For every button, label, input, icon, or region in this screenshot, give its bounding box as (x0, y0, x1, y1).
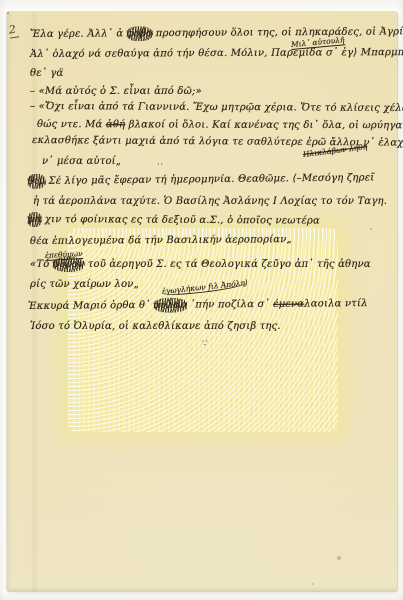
manuscript-line: Ἀλ᾽ ὁλαχό νά σεθαύγα ἀπό τήν θέσα. Μόλιν… (30, 47, 403, 60)
line-text: βλακοί οἱ ὅλοι. Καί κανένας της δι᾽ ὅλα,… (125, 119, 403, 131)
small-dots-mark: ·· (157, 160, 164, 169)
section-divider-dots: ∵ (202, 339, 209, 349)
manuscript-line: «Τό πύρον τοῦ ἀερηγοῦ Σ. ες τά Θεολογικά… (30, 259, 371, 270)
handwriting-layer: 2 Ἔλα γέρε. Ἀλλ᾽ ἀ φοβο προσηφήσουν ὅλοι… (0, 0, 403, 600)
line-text: «Τό (30, 259, 53, 270)
manuscript-line: θε᾽ γα̈ (30, 68, 64, 79)
manuscript-line: Ἔλα γέρε. Ἀλλ᾽ ἀ φοβο προσηφήσουν ὅλοι τ… (30, 26, 403, 40)
line-text: ν᾽ μέσα αὐτοί„ (42, 156, 121, 167)
interline-insertion: ἐγωγλήκων fιλ Ἀπόλη⟩ (162, 278, 249, 296)
line-text: λαοιλα ντίλ (304, 298, 367, 310)
manuscript-line: ν᾽ μέσα αὐτοί„ (42, 156, 121, 167)
line-text: Ἀλ᾽ ὁλαχό νά σεθαύγα ἀπό τήν θέσα. Μόλιν… (30, 47, 403, 60)
line-text: ᾽πήν ποζίλα σ᾽ (187, 299, 274, 311)
line-text: θέα ἐπιλογευμένα δά τήν Βασιλικήν ἀεροπο… (30, 234, 292, 247)
manuscript-line: θέα ἐπιλογευμένα δά τήν Βασιλικήν ἀεροπο… (30, 234, 292, 247)
struck-word: έμενα (273, 299, 304, 310)
manuscript-line: μπ χιν τό φοίνικας ες τά δεξιοῦ α.Σ., ὁ … (28, 214, 320, 227)
line-text: θώς ντε. Μά (37, 119, 106, 130)
line-text: θε᾽ γα̈ (30, 68, 64, 79)
scribbled-out-word: φοβο (127, 28, 153, 39)
line-text: – «Μά αὐτός ὁ Σ. εἶναι ἀπό δῶ;» (30, 86, 202, 97)
manuscript-line: ἡ τά ἀεροπλάνα ταχύτε. Ὁ Βασίλης Ἀσλάνης… (33, 196, 387, 207)
line-text: Ἰόσο τό Ὀλυρία, οἱ καλεθλίκανε ἀπό ζησιβ… (30, 321, 281, 332)
manuscript-line: – «Μά αὐτός ὁ Σ. εἶναι ἀπό δῶ;» (30, 86, 202, 97)
line-text: ἡ τά ἀεροπλάνα ταχύτε. Ὁ Βασίλης Ἀσλάνης… (33, 196, 387, 207)
struck-word: ἀθή (106, 119, 125, 130)
manuscript-line: Ἐκκυρά Μαριό ὀρθα θ᾽ ανλάο ᾽πήν ποζίλα σ… (28, 298, 368, 312)
line-text: Ἔλα γέρε. Ἀλλ᾽ ἀ (30, 28, 127, 40)
line-text: Σέ λίγο μᾶς ἔφεραν τή ἡμερομηνία. Θεαθῶμ… (45, 172, 374, 186)
scribbled-out-word: θιμ (28, 176, 45, 187)
manuscript-line: Ἰόσο τό Ὀλυρία, οἱ καλεθλίκανε ἀπό ζησιβ… (30, 321, 281, 332)
line-text: τοῦ ἀερηγοῦ Σ. ες τά Θεολογικά ζεῦγο ἀπ᾽… (84, 259, 370, 270)
inserted-phrase: ἐγωγλήκων fιλ Ἀπόλη⟩ (162, 278, 249, 297)
manuscript-line: – «Ὄχι εἶναι ἀπό τά Γιαννινά. Ἔχω μητρῷα… (30, 101, 403, 114)
manuscript-line: θώς ντε. Μά ἀθή βλακοί οἱ ὅλοι. Καί κανέ… (37, 119, 403, 131)
manuscript-line: θιμ Σέ λίγο μᾶς ἔφεραν τή ἡμερομηνία. Θε… (28, 172, 374, 187)
line-text: χιν τό φοίνικας ες τά δεξιοῦ α.Σ., ὁ ὁπο… (41, 214, 320, 226)
scribbled-out-word: μπ (28, 214, 42, 225)
scribbled-out-word: πύρον (53, 259, 85, 270)
scanned-manuscript-page: { "document": { "kind": "handwritten Gre… (0, 0, 403, 600)
scribbled-out-word: ανλάο (154, 300, 187, 311)
line-text: προσηφήσουν ὅλοι της, οἱ πληκαράδες, οἱ … (152, 26, 403, 39)
line-text: – «Ὄχι εἶναι ἀπό τά Γιαννινά. Ἔχω μητρῷα… (30, 101, 403, 114)
line-text: ρίς τῶν χαίρων λον„ (30, 279, 139, 290)
line-text: Ἐκκυρά Μαριό ὀρθα θ᾽ (28, 300, 154, 312)
page-number: 2 (8, 22, 19, 38)
manuscript-line: ρίς τῶν χαίρων λον„ (30, 279, 139, 290)
